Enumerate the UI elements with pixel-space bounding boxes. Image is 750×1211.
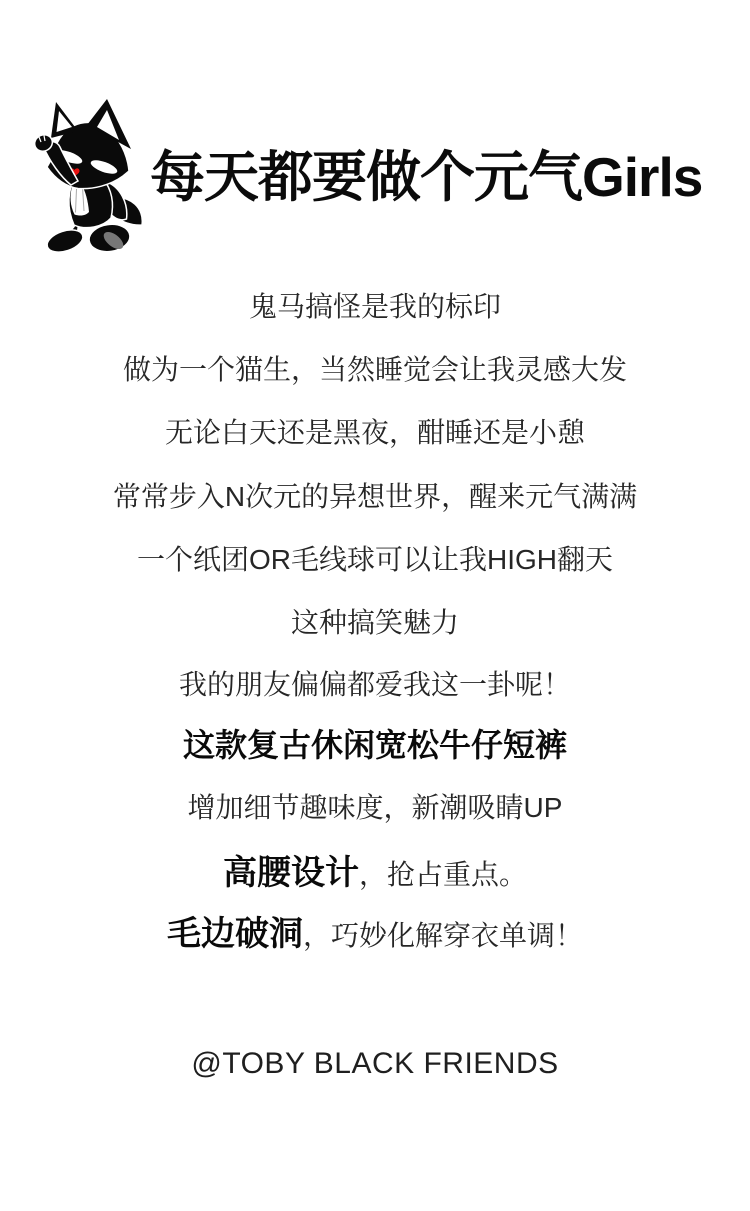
intro-line: 做为一个猫生，当然睡觉会让我灵感大发	[0, 353, 750, 387]
feature-keyword: 毛边破洞	[167, 915, 303, 953]
feature-line: 毛边破洞，巧妙化解穿衣单调！	[0, 914, 750, 954]
brand-signature: @TOBY BLACK FRIENDS	[0, 1046, 750, 1082]
product-subline: 增加细节趣味度，新潮吸睛UP	[0, 791, 750, 825]
feature-detail: ，巧妙化解穿衣单调！	[303, 920, 583, 951]
feature-detail: ，抢占重点。	[359, 859, 527, 890]
intro-line: 无论白天还是黑夜，酣睡还是小憩	[0, 416, 750, 450]
intro-line: 鬼马搞怪是我的标印	[0, 290, 750, 324]
intro-line: 这种搞笑魅力	[0, 606, 750, 640]
product-headline: 这款复古休闲宽松牛仔短裤	[0, 725, 750, 765]
feature-line: 高腰设计，抢占重点。	[0, 853, 750, 893]
intro-line: 一个纸团OR毛线球可以让我HIGH翻天	[0, 543, 750, 577]
tmall-black-cat-mascot-icon	[28, 96, 148, 261]
product-description-page: 每天都要做个元气Girls 鬼马搞怪是我的标印 做为一个猫生，当然睡觉会让我灵感…	[0, 0, 750, 1211]
page-title: 每天都要做个元气Girls	[150, 146, 702, 209]
intro-line: 我的朋友偏偏都爱我这一卦呢！	[0, 668, 750, 702]
feature-keyword: 高腰设计	[223, 854, 359, 892]
intro-line: 常常步入N次元的异想世界，醒来元气满满	[0, 480, 750, 514]
